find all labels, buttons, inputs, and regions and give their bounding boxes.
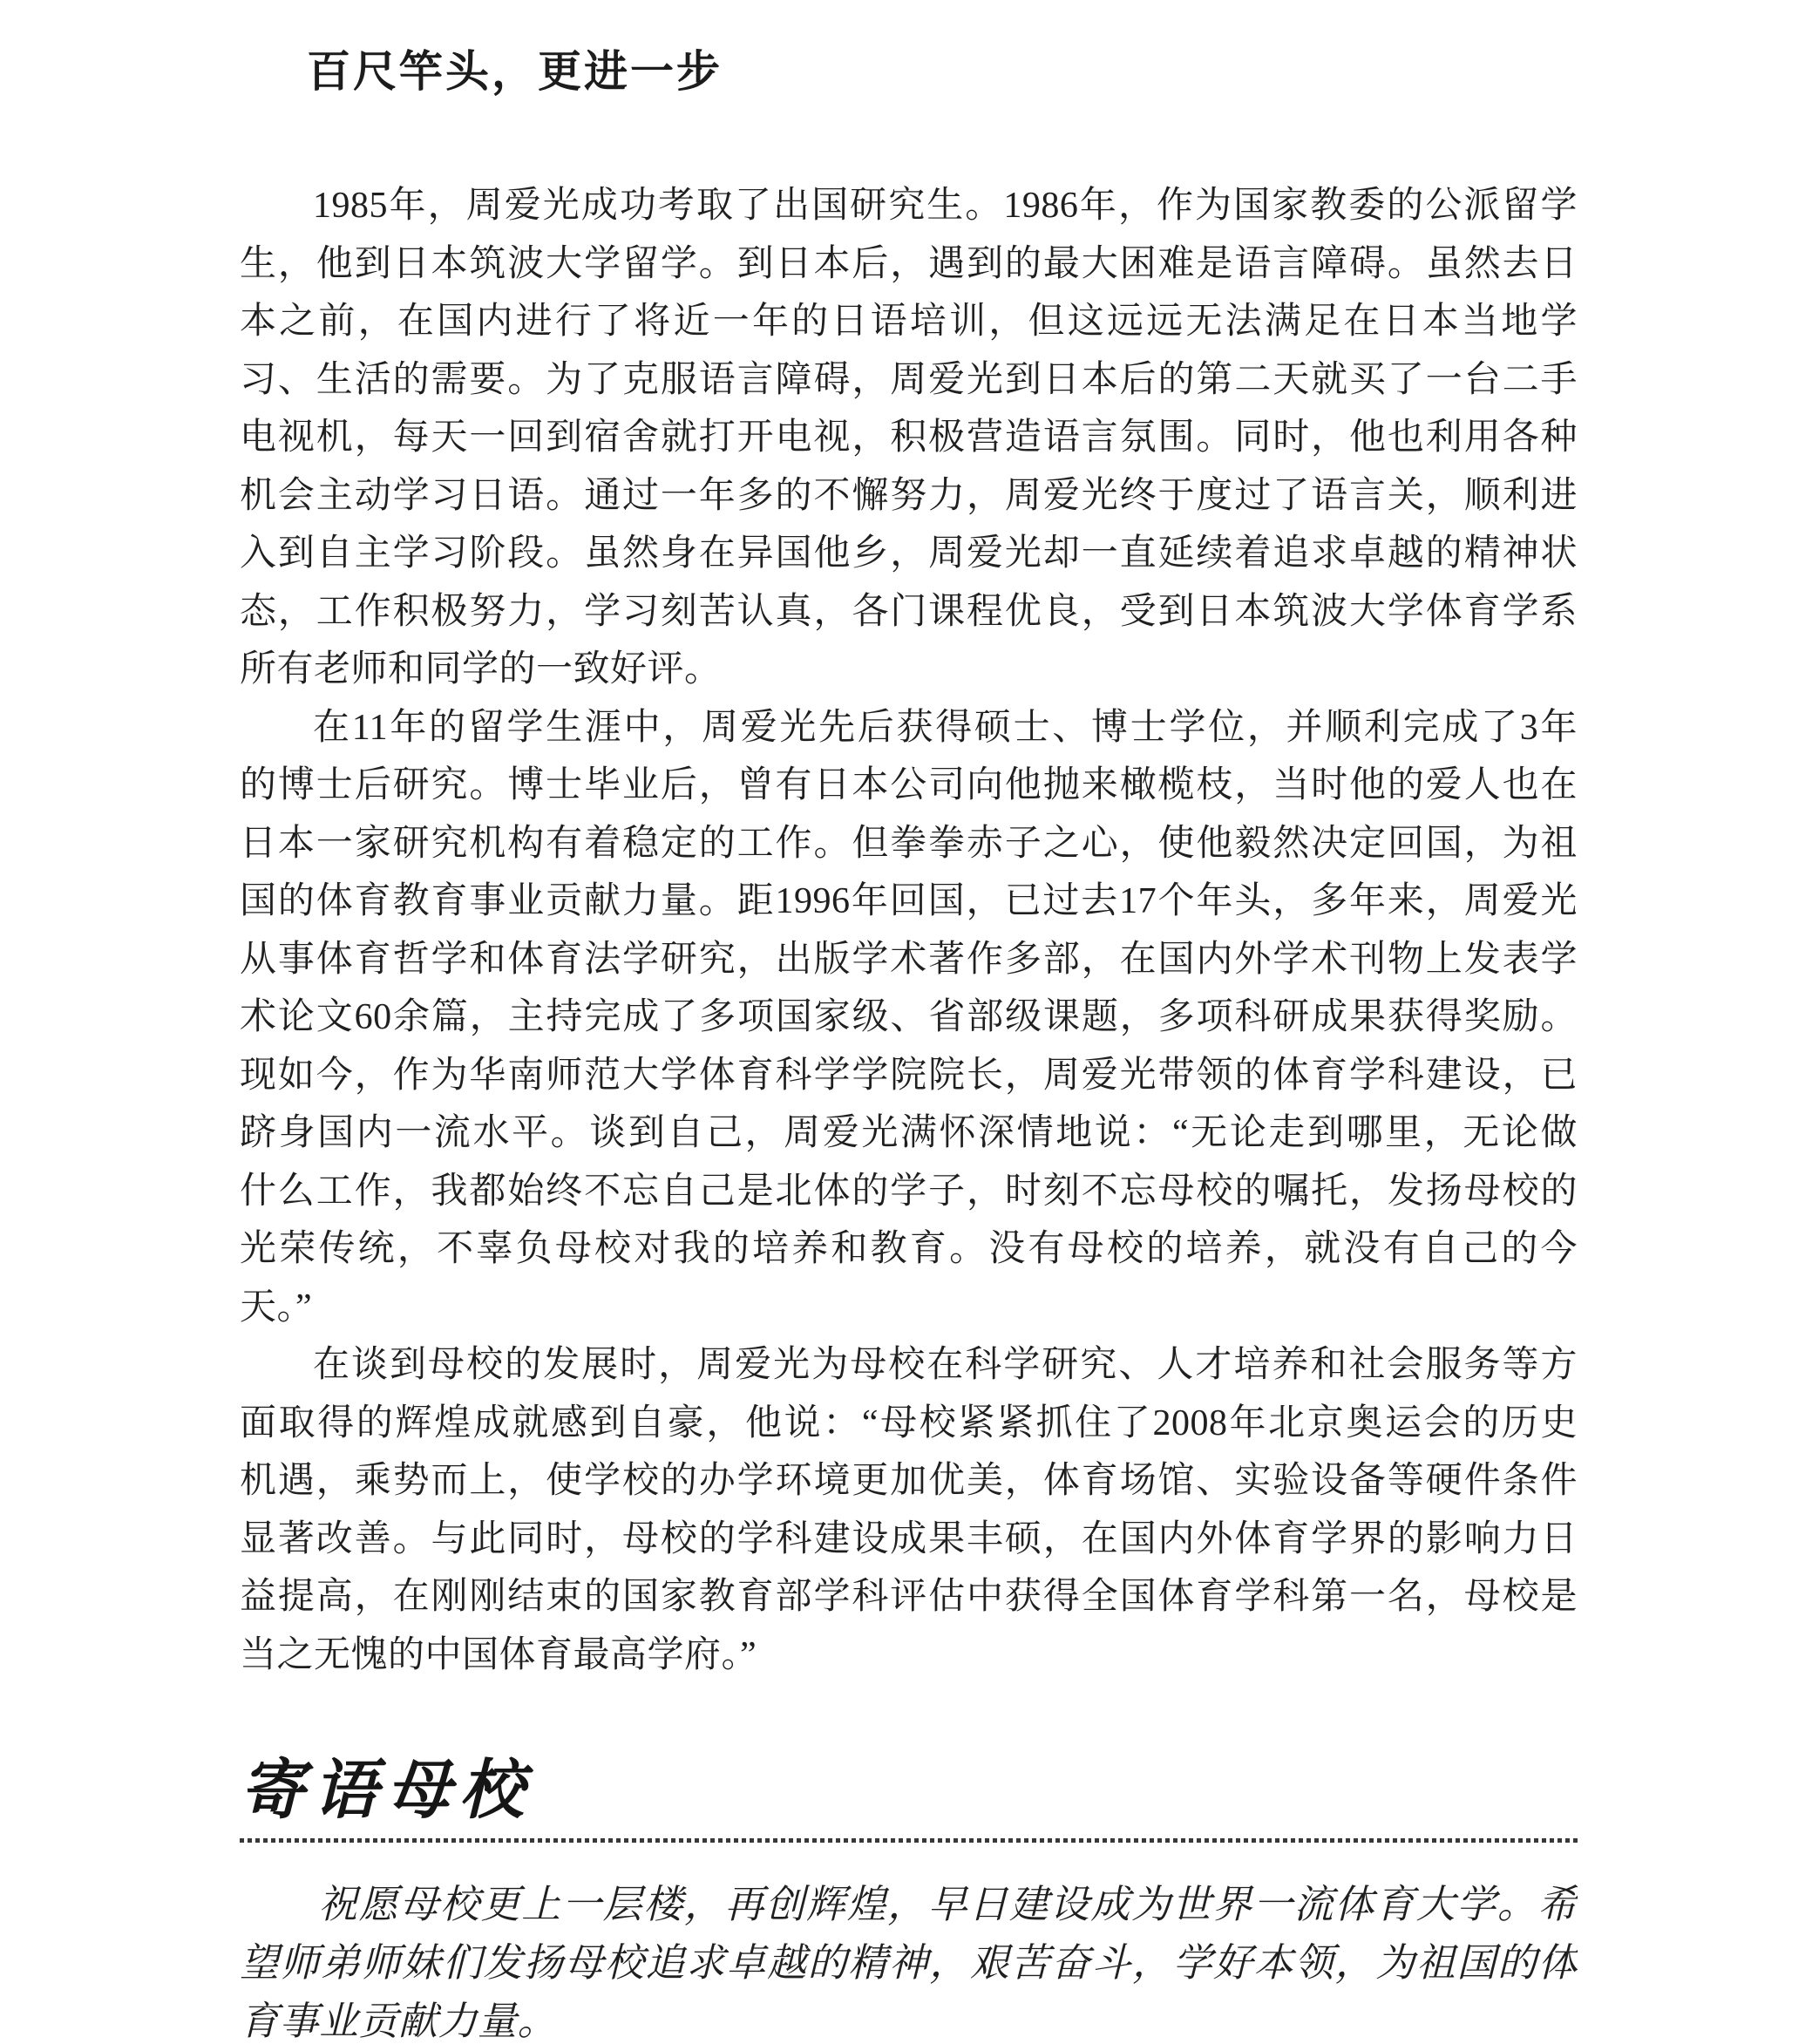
paragraph-study-abroad: 1985年，周爱光成功考取了出国研究生。1986年，作为国家教委的公派留学生，他… <box>240 177 1578 699</box>
text-line: 光荣传统，不辜负母校对我的培养和教育。没有母校的培养，就没有自己的今 <box>240 1220 1578 1279</box>
text-line: 术论文60余篇，主持完成了多项国家级、省部级课题，多项科研成果获得奖励。 <box>240 988 1578 1047</box>
text-line: 所有老师和同学的一致好评。 <box>240 641 1578 699</box>
text-line: 本之前，在国内进行了将近一年的日语培训，但这远远无法满足在日本当地学 <box>240 293 1578 351</box>
text-line: 天。” <box>240 1279 1578 1337</box>
text-line: 育事业贡献力量。 <box>240 1993 1578 2044</box>
text-line: 入到自主学习阶段。虽然身在异国他乡，周爱光却一直延续着追求卓越的精神状 <box>240 525 1578 583</box>
text-line: 习、生活的需要。为了克服语言障碍，周爱光到日本后的第二天就买了一台二手 <box>240 351 1578 410</box>
text-line: 态，工作积极努力，学习刻苦认真，各门课程优良，受到日本筑波大学体育学系 <box>240 583 1578 642</box>
paragraph-wish: 祝愿母校更上一层楼，再创辉煌，早日建设成为世界一流体育大学。希望师弟师妹们发扬母… <box>240 1876 1578 2044</box>
section-heading-message-to-alma-mater: 寄语母校 <box>240 1756 1578 1826</box>
text-line: 现如今，作为华南师范大学体育科学学院院长，周爱光带领的体育学科建设，已 <box>240 1047 1578 1105</box>
text-line: 益提高，在刚刚结束的国家教育部学科评估中获得全国体育学科第一名，母校是 <box>240 1568 1578 1626</box>
article-body: 1985年，周爱光成功考取了出国研究生。1986年，作为国家教委的公派留学生，他… <box>240 177 1578 1684</box>
text-line: 电视机，每天一回到宿舍就打开电视，积极营造语言氛围。同时，他也利用各种 <box>240 409 1578 467</box>
text-line: 面取得的辉煌成就感到自豪，他说：“母校紧紧抓住了2008年北京奥运会的历史 <box>240 1395 1578 1453</box>
text-line: 日本一家研究机构有着稳定的工作。但拳拳赤子之心，使他毅然决定回国，为祖 <box>240 815 1578 873</box>
dotted-divider <box>240 1838 1578 1843</box>
text-line: 显著改善。与此同时，母校的学科建设成果丰硕，在国内外体育学界的影响力日 <box>240 1511 1578 1569</box>
text-line: 望师弟师妹们发扬母校追求卓越的精神，艰苦奋斗，学好本领，为祖国的体 <box>240 1934 1578 1993</box>
text-line: 1985年，周爱光成功考取了出国研究生。1986年，作为国家教委的公派留学 <box>240 177 1578 235</box>
text-line: 机遇，乘势而上，使学校的办学环境更加优美，体育场馆、实验设备等硬件条件 <box>240 1452 1578 1511</box>
text-line: 生，他到日本筑波大学留学。到日本后，遇到的最大困难是语言障碍。虽然去日 <box>240 235 1578 294</box>
text-line: 跻身国内一流水平。谈到自己，周爱光满怀深情地说：“无论走到哪里，无论做 <box>240 1104 1578 1163</box>
text-line: 从事体育哲学和体育法学研究，出版学术著作多部，在国内外学术刊物上发表学 <box>240 931 1578 989</box>
text-line: 在11年的留学生涯中，周爱光先后获得硕士、博士学位，并顺利完成了3年 <box>240 699 1578 757</box>
text-line: 在谈到母校的发展时，周爱光为母校在科学研究、人才培养和社会服务等方 <box>240 1336 1578 1395</box>
document-page: 百尺竿头，更进一步 1985年，周爱光成功考取了出国研究生。1986年，作为国家… <box>0 0 1812 2044</box>
paragraph-alma-mater-development: 在谈到母校的发展时，周爱光为母校在科学研究、人才培养和社会服务等方面取得的辉煌成… <box>240 1336 1578 1684</box>
text-line: 什么工作，我都始终不忘自己是北体的学子，时刻不忘母校的嘱托，发扬母校的 <box>240 1163 1578 1221</box>
text-line: 当之无愧的中国体育最高学府。” <box>240 1626 1578 1685</box>
text-line: 祝愿母校更上一层楼，再创辉煌，早日建设成为世界一流体育大学。希 <box>240 1876 1578 1934</box>
text-line: 国的体育教育事业贡献力量。距1996年回国，已过去17个年头，多年来，周爱光 <box>240 873 1578 931</box>
page-title: 百尺竿头，更进一步 <box>307 47 1578 96</box>
text-line: 机会主动学习日语。通过一年多的不懈努力，周爱光终于度过了语言关，顺利进 <box>240 467 1578 526</box>
paragraph-career: 在11年的留学生涯中，周爱光先后获得硕士、博士学位，并顺利完成了3年的博士后研究… <box>240 699 1578 1337</box>
text-line: 的博士后研究。博士毕业后，曾有日本公司向他抛来橄榄枝，当时他的爱人也在 <box>240 757 1578 815</box>
